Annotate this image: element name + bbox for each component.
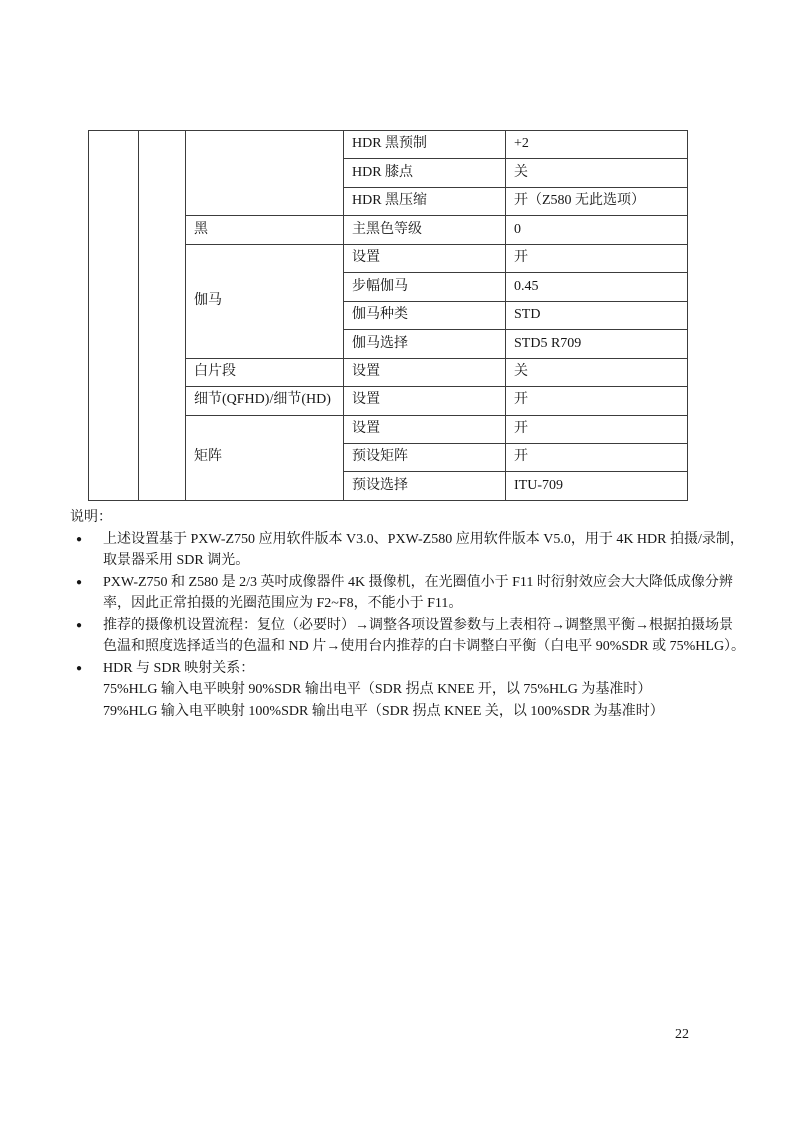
setting-value-cell: 开 [506,415,688,443]
setting-name-cell: HDR 膝点 [344,159,506,187]
setting-value-cell: STD [506,301,688,329]
setting-value-cell: 开 [506,244,688,272]
camera-settings-table: HDR 黑预制 +2 HDR 膝点 关 HDR 黑压缩 开（Z580 无此选项）… [88,130,688,501]
note-line: 色温和照度选择适当的色温和 ND 片→使用台内推荐的白卡调整白平衡（白电平 90… [103,636,730,658]
bullet-icon: ● [76,529,82,551]
setting-value-cell: 开（Z580 无此选项） [506,187,688,215]
setting-name-cell: 伽马种类 [344,301,506,329]
note-item: ● 推荐的摄像机设置流程：复位（必要时）→调整各项设置参数与上表相符→调整黑平衡… [70,615,730,658]
note-line: 79%HLG 输入电平映射 100%SDR 输出电平（SDR 拐点 KNEE 关… [103,701,730,723]
setting-name-cell: HDR 黑压缩 [344,187,506,215]
setting-value-cell: ITU-709 [506,472,688,501]
setting-name-cell: HDR 黑预制 [344,131,506,159]
note-item: ● PXW-Z750 和 Z580 是 2/3 英吋成像器件 4K 摄像机，在光… [70,572,730,615]
setting-value-cell: +2 [506,131,688,159]
setting-name-cell: 步幅伽马 [344,273,506,301]
table-cell-empty-col2 [139,131,186,501]
bullet-icon: ● [76,615,82,637]
setting-value-cell: 开 [506,443,688,471]
note-line: 率，因此正常拍摄的光圈范围应为 F2~F8，不能小于 F11。 [103,593,730,615]
group-cell-hdr [186,131,344,216]
document-page: HDR 黑预制 +2 HDR 膝点 关 HDR 黑压缩 开（Z580 无此选项）… [0,0,793,1122]
note-line: 上述设置基于 PXW-Z750 应用软件版本 V3.0、PXW-Z580 应用软… [103,529,730,551]
setting-value-cell: STD5 R709 [506,330,688,358]
group-cell-white-clip: 白片段 [186,358,344,386]
setting-value-cell: 0 [506,216,688,244]
setting-name-cell: 伽马选择 [344,330,506,358]
setting-name-cell: 预设选择 [344,472,506,501]
note-line: PXW-Z750 和 Z580 是 2/3 英吋成像器件 4K 摄像机，在光圈值… [103,572,730,594]
group-cell-matrix: 矩阵 [186,415,344,500]
page-number: 22 [675,1027,689,1043]
table-cell-empty-col1 [89,131,139,501]
note-line: HDR 与 SDR 映射关系： [103,658,730,680]
note-line: 推荐的摄像机设置流程：复位（必要时）→调整各项设置参数与上表相符→调整黑平衡→根… [103,615,730,637]
table-row: HDR 黑预制 +2 [89,131,688,159]
note-line: 取景器采用 SDR 调光。 [103,550,730,572]
note-item: ● 上述设置基于 PXW-Z750 应用软件版本 V3.0、PXW-Z580 应… [70,529,730,572]
setting-value-cell: 关 [506,358,688,386]
notes-heading: 说明： [70,507,730,529]
setting-value-cell: 0.45 [506,273,688,301]
setting-name-cell: 主黑色等级 [344,216,506,244]
setting-name-cell: 设置 [344,415,506,443]
note-item: ● HDR 与 SDR 映射关系： 75%HLG 输入电平映射 90%SDR 输… [70,658,730,723]
group-cell-gamma: 伽马 [186,244,344,358]
setting-name-cell: 预设矩阵 [344,443,506,471]
notes-section: 说明： ● 上述设置基于 PXW-Z750 应用软件版本 V3.0、PXW-Z5… [70,507,730,722]
setting-name-cell: 设置 [344,358,506,386]
note-line: 75%HLG 输入电平映射 90%SDR 输出电平（SDR 拐点 KNEE 开，… [103,679,730,701]
bullet-icon: ● [76,572,82,594]
setting-name-cell: 设置 [344,244,506,272]
group-cell-black: 黑 [186,216,344,244]
bullet-icon: ● [76,658,82,680]
setting-name-cell: 设置 [344,387,506,415]
group-cell-detail: 细节(QFHD)/细节(HD) [186,387,344,415]
setting-value-cell: 开 [506,387,688,415]
setting-value-cell: 关 [506,159,688,187]
